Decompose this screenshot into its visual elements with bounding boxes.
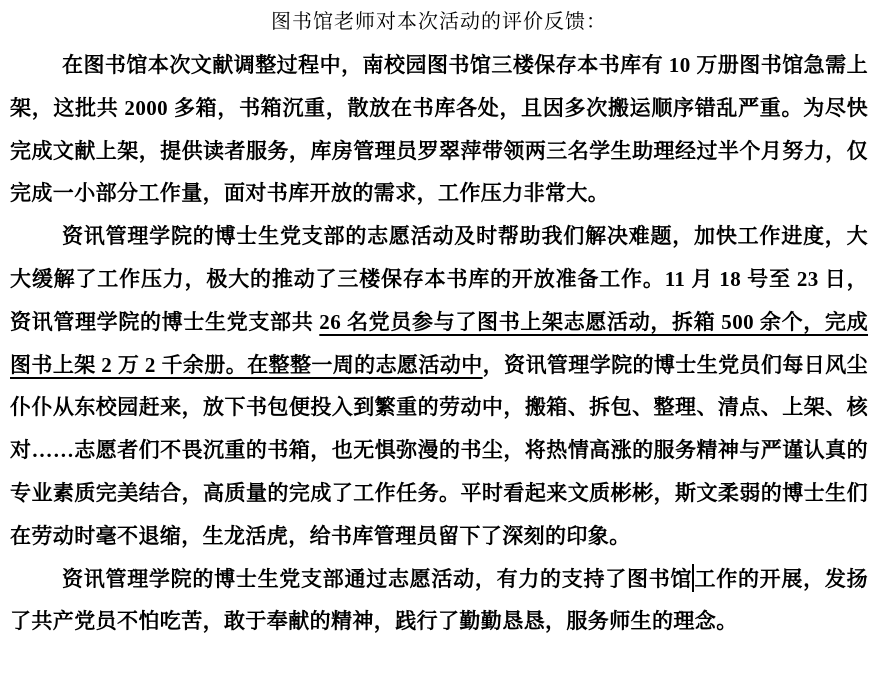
document-page[interactable]: 图书馆老师对本次活动的评价反馈： 在图书馆本次文献调整过程中，南校园图书馆三楼保… bbox=[0, 0, 879, 695]
document-title[interactable]: 图书馆老师对本次活动的评价反馈： bbox=[10, 0, 868, 44]
paragraph-library-workload[interactable]: 在图书馆本次文献调整过程中，南校园图书馆三楼保存本书库有 10 万册图书馆急需上… bbox=[10, 44, 868, 215]
paragraph-1-text: 在图书馆本次文献调整过程中，南校园图书馆三楼保存本书库有 10 万册图书馆急需上… bbox=[10, 53, 868, 205]
paragraph-conclusion[interactable]: 资讯管理学院的博士生党支部通过志愿活动，有力的支持了图书馆工作的开展，发扬了共产… bbox=[10, 558, 868, 644]
document-title-text: 图书馆老师对本次活动的评价反馈： bbox=[271, 11, 607, 33]
paragraph-volunteer-activity[interactable]: 资讯管理学院的博士生党支部的志愿活动及时帮助我们解决难题，加快工作进度，大大缓解… bbox=[10, 215, 868, 557]
paragraph-2-after-underline: ，资讯管理学院的博士生党员们每日风尘仆仆从东校园赶来，放下书包便投入到繁重的劳动… bbox=[10, 353, 868, 548]
paragraph-3-before-cursor: 资讯管理学院的博士生党支部通过志愿活动，有力的支持了图书馆 bbox=[62, 567, 692, 591]
